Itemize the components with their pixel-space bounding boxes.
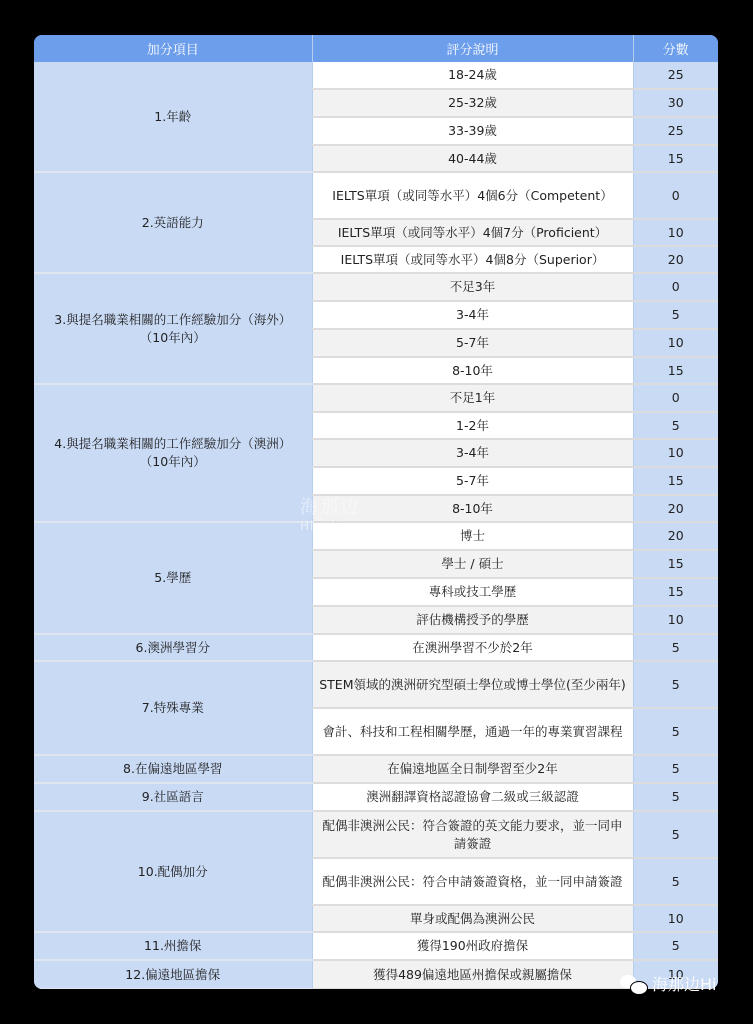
score-cell: 5 <box>633 811 718 858</box>
score-cell: 5 <box>633 755 718 783</box>
table-row: 4.與提名職業相關的工作經驗加分（澳洲）（10年內）不足1年0 <box>34 384 718 412</box>
description-cell: 3-4年 <box>312 301 633 329</box>
category-cell: 12.偏遠地區擔保 <box>34 960 312 989</box>
credit: 海那边Hi <box>620 972 716 995</box>
description-cell: IELTS單項（或同等水平）4個7分（Proficient） <box>312 219 633 246</box>
table-row: 7.特殊專業STEM領域的澳洲研究型碩士學位或博士學位(至少兩年)5 <box>34 661 718 708</box>
score-cell: 10 <box>633 439 718 467</box>
description-cell: 獲得190州政府擔保 <box>312 932 633 960</box>
description-cell: 澳洲翻譯資格認證協會二級或三級認證 <box>312 783 633 811</box>
category-cell: 10.配偶加分 <box>34 811 312 932</box>
description-cell: 在澳洲學習不少於2年 <box>312 634 633 661</box>
description-cell: 33-39歲 <box>312 117 633 145</box>
score-cell: 20 <box>633 522 718 550</box>
table-row: 10.配偶加分配偶非澳洲公民：符合簽證的英文能力要求，並一同申請簽證5 <box>34 811 718 858</box>
score-cell: 5 <box>633 858 718 905</box>
header-description: 評分說明 <box>312 35 633 62</box>
score-cell: 10 <box>633 905 718 932</box>
score-cell: 5 <box>633 412 718 439</box>
description-cell: 3-4年 <box>312 439 633 467</box>
table-row: 12.偏遠地區擔保獲得489偏遠地區州擔保或親屬擔保10 <box>34 960 718 989</box>
description-cell: 在偏遠地區全日制學習至少2年 <box>312 755 633 783</box>
score-cell: 30 <box>633 89 718 117</box>
category-cell: 2.英語能力 <box>34 172 312 273</box>
score-cell: 0 <box>633 273 718 301</box>
category-cell: 6.澳洲學習分 <box>34 634 312 661</box>
table-row: 5.學歷博士20 <box>34 522 718 550</box>
score-cell: 10 <box>633 329 718 357</box>
table-row: 8.在偏遠地區學習在偏遠地區全日制學習至少2年5 <box>34 755 718 783</box>
category-cell: 8.在偏遠地區學習 <box>34 755 312 783</box>
score-cell: 15 <box>633 145 718 172</box>
description-cell: 學士 / 碩士 <box>312 550 633 578</box>
description-cell: 專科或技工學歷 <box>312 578 633 606</box>
description-cell: 8-10年 <box>312 495 633 522</box>
table-row: 9.社區語言澳洲翻譯資格認證協會二級或三級認證5 <box>34 783 718 811</box>
header-score: 分數 <box>633 35 718 62</box>
category-cell: 3.與提名職業相關的工作經驗加分（海外）（10年內） <box>34 273 312 384</box>
score-cell: 5 <box>633 634 718 661</box>
score-cell: 5 <box>633 708 718 755</box>
score-cell: 10 <box>633 219 718 246</box>
description-cell: 1-2年 <box>312 412 633 439</box>
score-cell: 5 <box>633 301 718 329</box>
score-cell: 15 <box>633 578 718 606</box>
points-table-container: 加分項目 評分說明 分數 1.年齡18-24歲2525-32歲3033-39歲2… <box>34 35 718 989</box>
description-cell: 25-32歲 <box>312 89 633 117</box>
score-cell: 15 <box>633 357 718 384</box>
score-cell: 25 <box>633 62 718 89</box>
score-cell: 5 <box>633 783 718 811</box>
table-row: 3.與提名職業相關的工作經驗加分（海外）（10年內）不足3年0 <box>34 273 718 301</box>
description-cell: 不足1年 <box>312 384 633 412</box>
description-cell: 評估機構授予的學歷 <box>312 606 633 634</box>
table-row: 2.英語能力IELTS單項（或同等水平）4個6分（Competent）0 <box>34 172 718 219</box>
table-row: 11.州擔保獲得190州政府擔保5 <box>34 932 718 960</box>
credit-label: 海那边Hi <box>652 972 716 995</box>
description-cell: 會計、科技和工程相關學歷，通過一年的專業實習課程 <box>312 708 633 755</box>
table-body: 1.年齡18-24歲2525-32歲3033-39歲2540-44歲152.英語… <box>34 62 718 989</box>
category-cell: 5.學歷 <box>34 522 312 634</box>
header-category: 加分項目 <box>34 35 312 62</box>
category-cell: 7.特殊專業 <box>34 661 312 755</box>
description-cell: 獲得489偏遠地區州擔保或親屬擔保 <box>312 960 633 989</box>
category-cell: 4.與提名職業相關的工作經驗加分（澳洲）（10年內） <box>34 384 312 522</box>
description-cell: 40-44歲 <box>312 145 633 172</box>
description-cell: 8-10年 <box>312 357 633 384</box>
wechat-icon <box>620 975 648 993</box>
table-row: 1.年齡18-24歲25 <box>34 62 718 89</box>
description-cell: 5-7年 <box>312 329 633 357</box>
score-cell: 5 <box>633 932 718 960</box>
score-cell: 15 <box>633 467 718 495</box>
description-cell: 18-24歲 <box>312 62 633 89</box>
description-cell: 單身或配偶為澳洲公民 <box>312 905 633 932</box>
category-cell: 1.年齡 <box>34 62 312 172</box>
score-cell: 20 <box>633 495 718 522</box>
description-cell: IELTS單項（或同等水平）4個6分（Competent） <box>312 172 633 219</box>
description-cell: IELTS單項（或同等水平）4個8分（Superior） <box>312 246 633 273</box>
description-cell: 不足3年 <box>312 273 633 301</box>
score-cell: 15 <box>633 550 718 578</box>
description-cell: 5-7年 <box>312 467 633 495</box>
score-cell: 0 <box>633 172 718 219</box>
score-cell: 10 <box>633 606 718 634</box>
score-cell: 20 <box>633 246 718 273</box>
table-header-row: 加分項目 評分說明 分數 <box>34 35 718 62</box>
points-table: 加分項目 評分說明 分數 1.年齡18-24歲2525-32歲3033-39歲2… <box>34 35 718 989</box>
table-row: 6.澳洲學習分在澳洲學習不少於2年5 <box>34 634 718 661</box>
score-cell: 0 <box>633 384 718 412</box>
description-cell: 博士 <box>312 522 633 550</box>
description-cell: 配偶非澳洲公民：符合申請簽證資格，並一同申請簽證 <box>312 858 633 905</box>
score-cell: 5 <box>633 661 718 708</box>
description-cell: 配偶非澳洲公民：符合簽證的英文能力要求，並一同申請簽證 <box>312 811 633 858</box>
category-cell: 9.社區語言 <box>34 783 312 811</box>
category-cell: 11.州擔保 <box>34 932 312 960</box>
score-cell: 25 <box>633 117 718 145</box>
description-cell: STEM領域的澳洲研究型碩士學位或博士學位(至少兩年) <box>312 661 633 708</box>
